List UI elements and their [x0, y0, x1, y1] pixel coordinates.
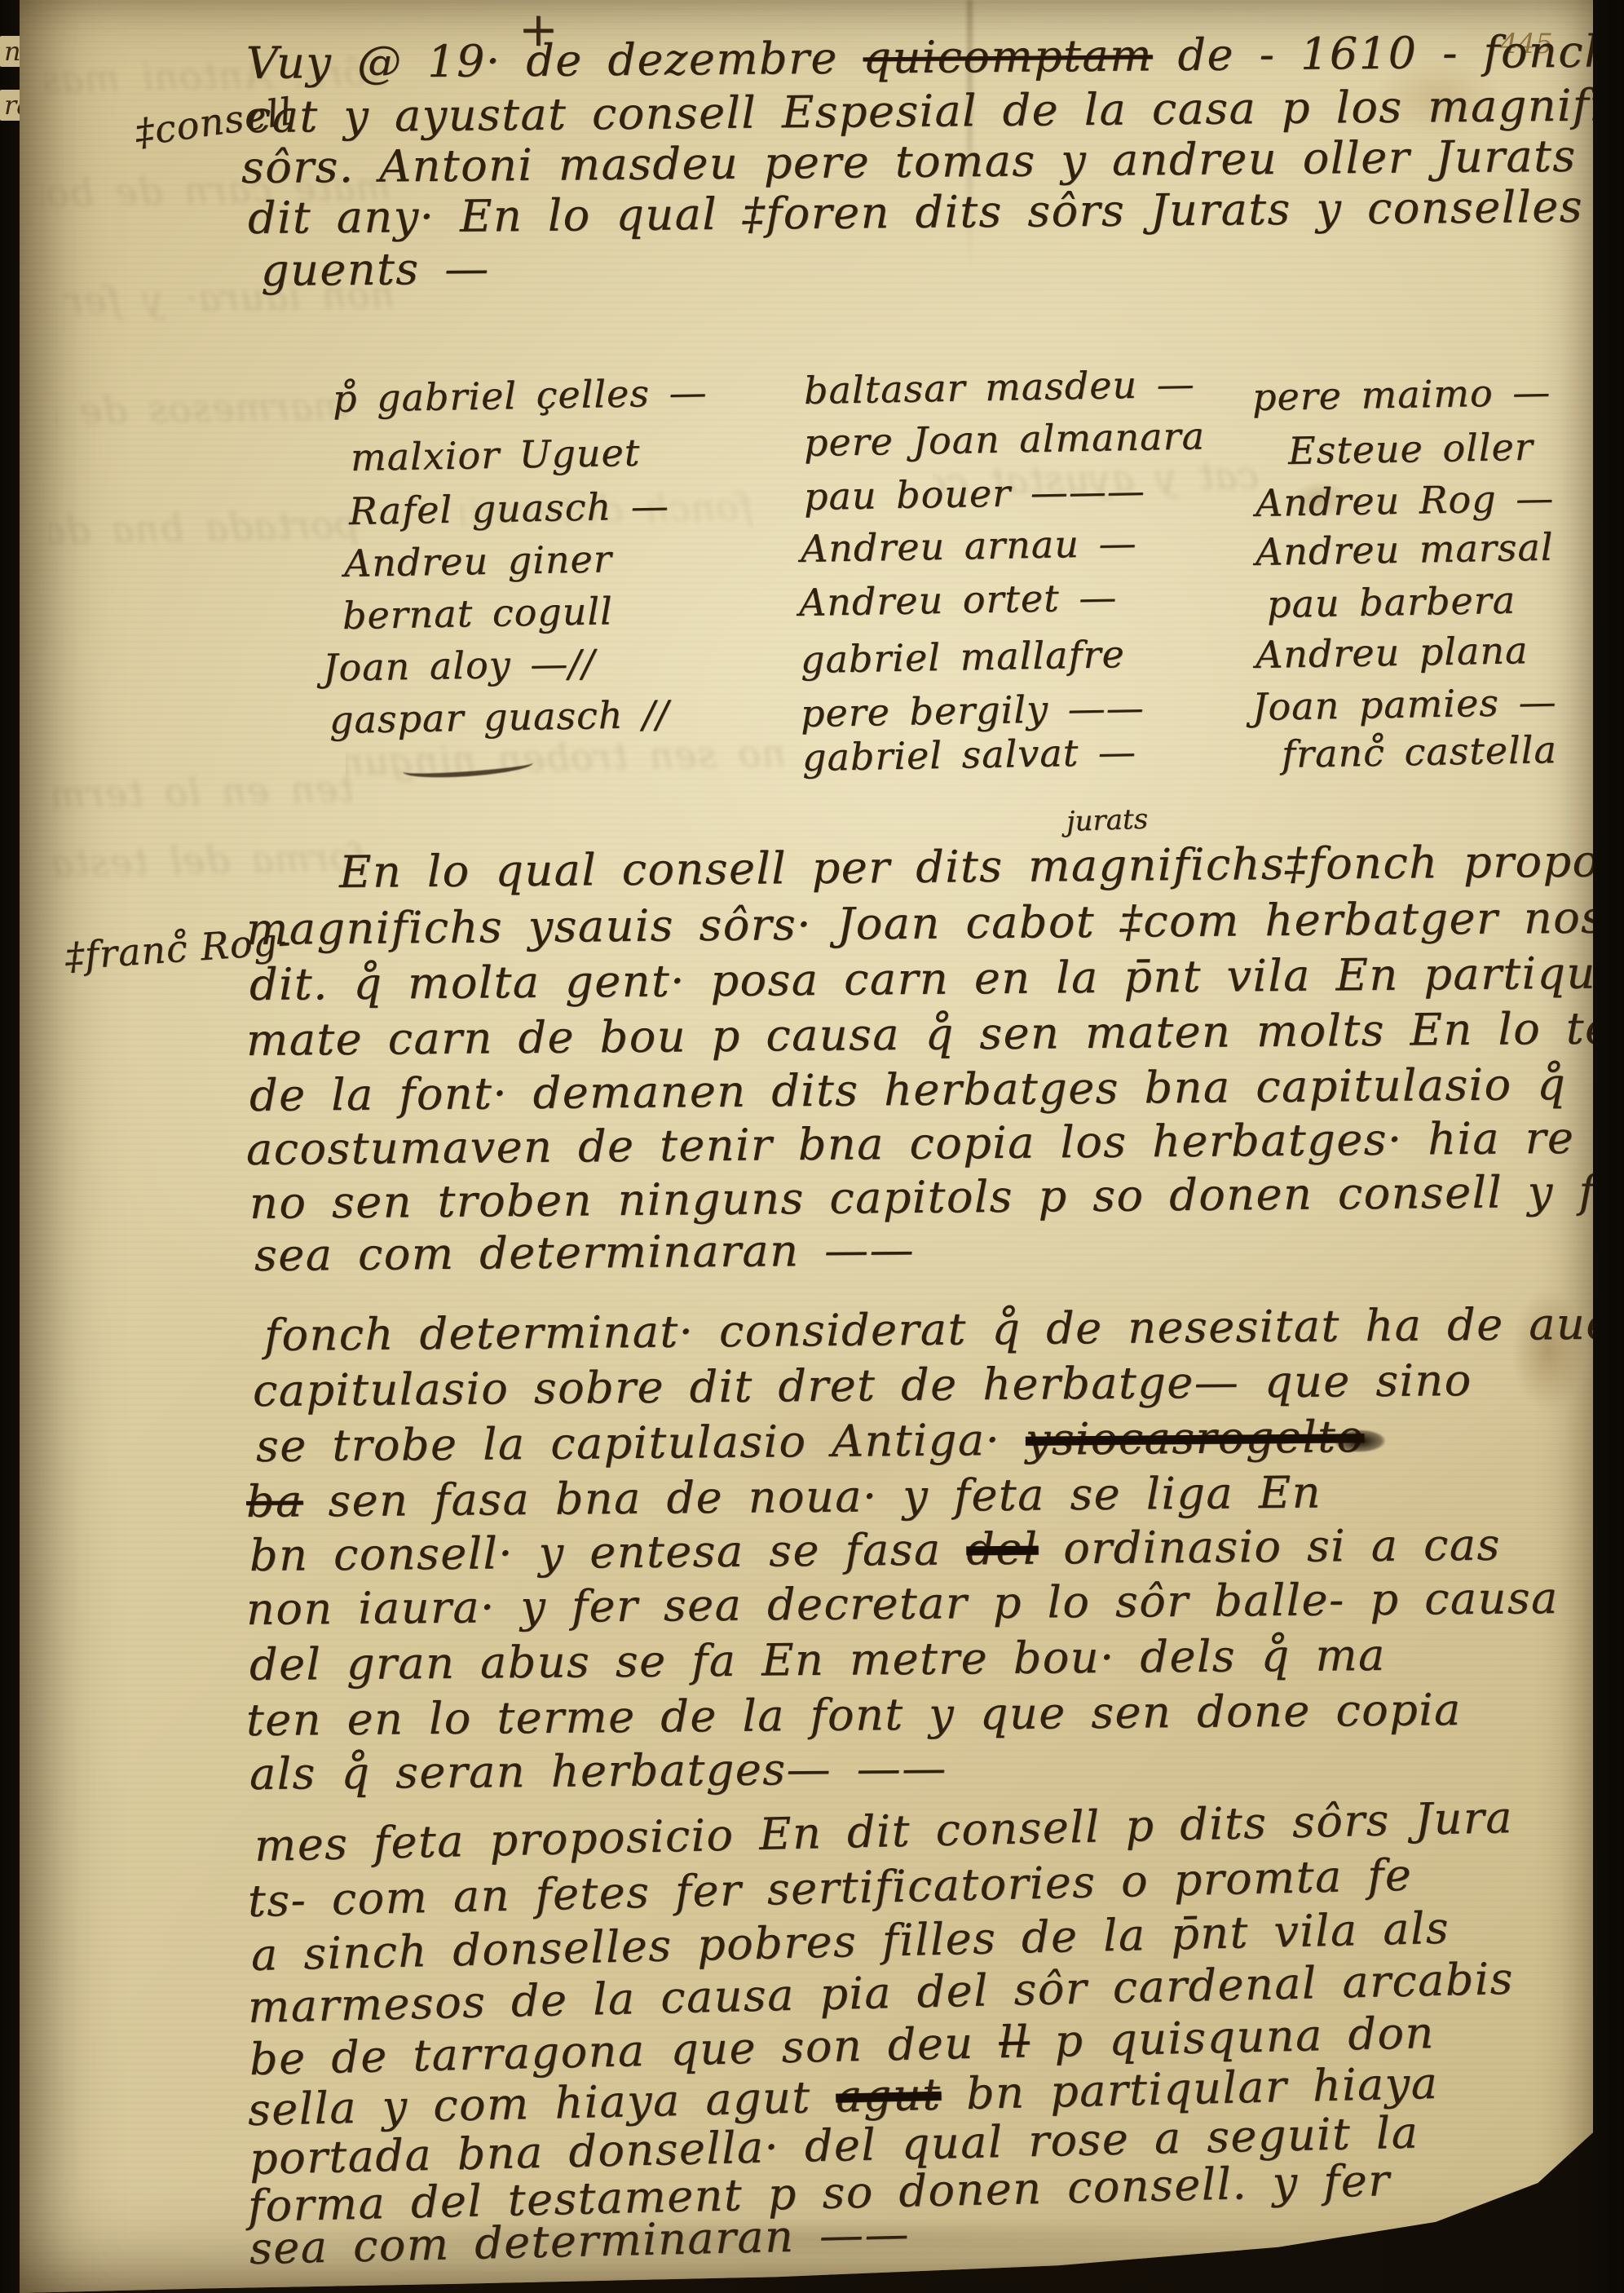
manuscript-line: fonch determinat· considerat q̊ de neses…	[264, 1297, 1624, 1361]
manuscript-line: magnifichs ysauis sôrs· Joan cabot ‡com …	[246, 891, 1624, 955]
councillor-name: Rafel guasch —	[349, 484, 670, 533]
manuscript-page: sôrs. Antoni masdeu pere tomas y andreu …	[20, 0, 1593, 2293]
bleedthrough-text: marmesos de la causa pia del sôr cardena…	[55, 387, 349, 437]
councillor-name: pere Joan almanara	[804, 413, 1206, 465]
councillor-name: gaspar guasch //	[329, 692, 670, 742]
manuscript-line: als q̊ seran herbatges— ——	[249, 1743, 947, 1800]
manuscript-line: acostumaven de tenir bna copia los herba…	[246, 1112, 1575, 1175]
councillor-name: Andreu ortet —	[799, 575, 1118, 625]
crossed-out-word: quicomptam	[863, 29, 1153, 83]
bleedthrough-text: ten en lo terme de la font y que sen don…	[52, 770, 354, 820]
councillor-name: bernat cogull	[342, 589, 614, 638]
councillor-name: Joan pamies —	[1252, 679, 1557, 729]
crossed-out-word: agut	[835, 2069, 942, 2123]
para2-l4-post: sen fasa bna de noua· y feta se liga En	[302, 1466, 1322, 1526]
manuscript-line: Vuy @ 19· de dezembre quicomptam de - 16…	[246, 24, 1624, 89]
bleedthrough-text: no sen troben ninguns capitols p so done…	[346, 736, 786, 786]
manuscript-line: ten en lo terme de la font y que sen don…	[246, 1684, 1462, 1746]
councillor-name: Andreu marsal	[1256, 525, 1554, 574]
councillor-name: Andreu arnau —	[801, 521, 1137, 571]
councillor-name: Esteue oller	[1288, 425, 1534, 473]
manuscript-line: sea com determinaran ——	[254, 1224, 916, 1281]
councillor-name: malxior Uguet	[351, 431, 641, 479]
libra-abbreviation: ll	[998, 2016, 1030, 2068]
manuscript-line: mate carn de bou p causa q̊ sen maten mo…	[246, 1001, 1624, 1066]
councillor-name: gabriel salvat —	[802, 730, 1137, 780]
bleedthrough-text: portada bna donsella· del qual rose a se…	[49, 506, 359, 556]
manuscript-line: se trobe la capitulasio Antiga· ysiocasr…	[256, 1411, 1396, 1472]
manuscript-line: capitulasio sobre dit dret de herbatge— …	[253, 1354, 1472, 1416]
councillor-name: Andreu plana	[1256, 628, 1529, 677]
manuscript-line: ba sen fasa bna de noua· y feta se liga …	[246, 1466, 1322, 1527]
councillor-name: baltasar masdeu —	[804, 362, 1196, 413]
manuscript-line: no sen troben ninguns capitols p so done…	[249, 1165, 1624, 1229]
councillor-name: pau barbera	[1267, 578, 1516, 626]
ink-blot	[1325, 1425, 1395, 1457]
heading-l1-post: de - 1610 - fonch convo	[1152, 24, 1624, 82]
manuscript-line: non iaura· y fer sea decretar p lo sôr b…	[246, 1572, 1559, 1635]
crossed-out-word: del	[966, 1523, 1039, 1575]
scan-background: n ra sôrs. Antoni masdeu pere tomas y an…	[0, 0, 1624, 2293]
manuscript-line: guents —	[261, 243, 490, 296]
manuscript-line: En lo qual consell per dits magnifichs‡f…	[339, 834, 1624, 898]
manuscript-line: del gran abus se fa En metre bou· dels q…	[249, 1629, 1386, 1690]
councillor-name: pere bergily ——	[801, 686, 1145, 736]
para2-l5-post: ordinasio si a cas	[1038, 1519, 1501, 1575]
para2-l3-pre: se trobe la capitulasio Antiga·	[256, 1414, 1026, 1472]
councillor-name: Andreu giner	[344, 537, 613, 585]
heading-l1-pre: Vuy @ 19· de dezembre	[246, 32, 863, 89]
councillor-name: p̊ gabriel çelles —	[333, 370, 708, 421]
councillor-name: pere maimo —	[1252, 370, 1551, 419]
councillor-name: Joan aloy —//	[323, 641, 596, 690]
crossed-out-word: ba	[246, 1475, 303, 1527]
manuscript-line: de la font· demanen dits herbatges bna c…	[249, 1058, 1567, 1121]
councillor-name: pau bouer ———	[804, 469, 1146, 519]
councillor-name: gabriel mallafre	[801, 632, 1126, 682]
crossed-out-word: ysiocasrogelto	[1026, 1411, 1365, 1465]
para2-l5-pre: bn consell· y entesa se fasa	[249, 1523, 967, 1581]
councillor-name: franc̊ castella	[1282, 727, 1558, 776]
manuscript-line: bn consell· y entesa se fasa del ordinas…	[249, 1519, 1501, 1581]
councillor-name: Andreu Rog —	[1256, 476, 1555, 525]
interlinear-note-jurats: jurats	[1066, 803, 1148, 838]
bleedthrough-text: forma del testament p so donen consell. …	[49, 838, 367, 889]
manuscript-line: dit. q̊ molta gent· posa carn en la p̄nt…	[249, 947, 1624, 1010]
